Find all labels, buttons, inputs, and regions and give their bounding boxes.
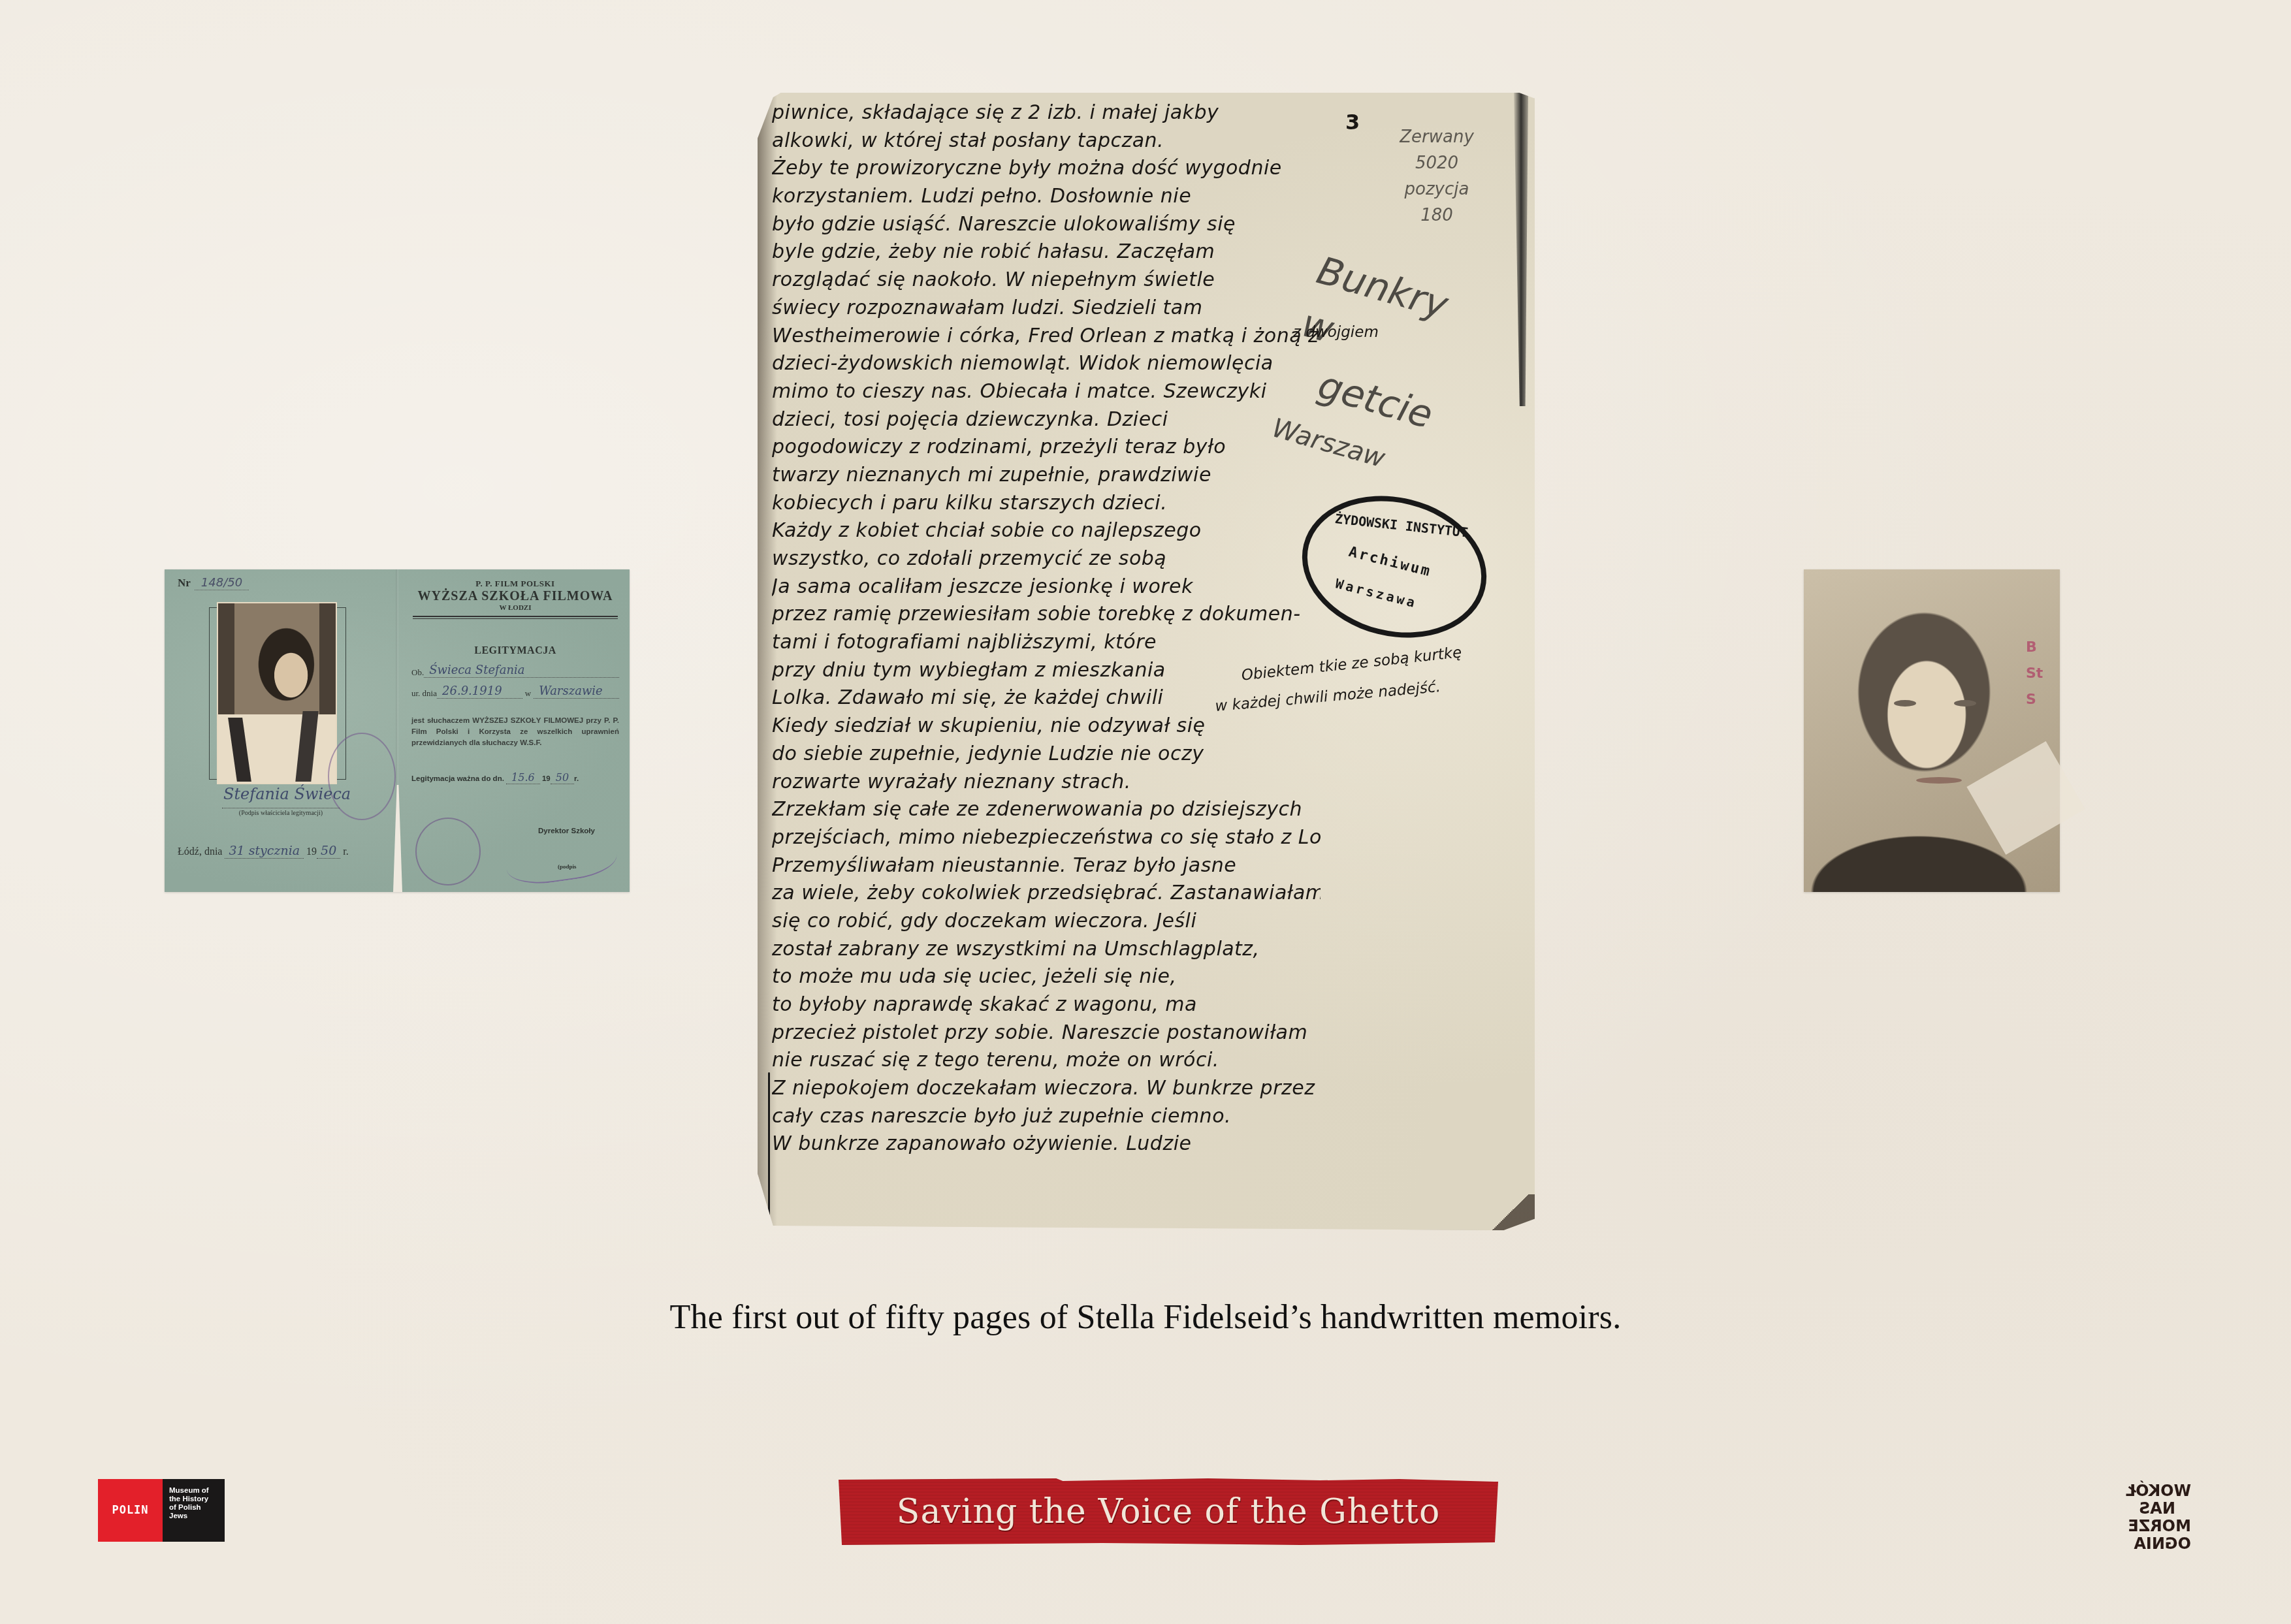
portrait-eye bbox=[1954, 700, 1976, 707]
validity-label: Legitymacja ważna do dn. bbox=[411, 775, 504, 783]
handwritten-text: piwnice, składające się z 2 izb. i małej… bbox=[772, 99, 1321, 1158]
issue-date-value: 31 stycznia bbox=[225, 844, 304, 859]
stamp-line: Archiwum bbox=[1347, 544, 1433, 581]
validity: Legitymacja ważna do dn. 15.6 1950r. bbox=[411, 771, 619, 784]
director-signature bbox=[503, 827, 619, 889]
polin-logo-subtitle: Museum of the History of Polish Jews bbox=[163, 1479, 225, 1542]
card-tear bbox=[393, 785, 402, 892]
manuscript-line: Każdy z kobiet chciał sobie co najlepsze… bbox=[772, 517, 1321, 545]
manuscript-line: został zabrany ze wszystkimi na Umschlag… bbox=[772, 936, 1321, 964]
portrait-photo: BStS bbox=[1804, 569, 2060, 892]
manuscript-line: piwnice, składające się z 2 izb. i małej… bbox=[772, 99, 1321, 127]
manuscript-line: cały czas nareszcie było już zupełnie ci… bbox=[772, 1103, 1321, 1131]
issue-year-prefix: 19 bbox=[306, 846, 317, 857]
stamp-line: Warszawa bbox=[1334, 575, 1418, 611]
manuscript-line: alkowki, w której stał posłany tapczan. bbox=[772, 127, 1321, 155]
manuscript-line: korzystaniem. Ludzi pełno. Dosłownie nie bbox=[772, 183, 1321, 211]
divider bbox=[413, 616, 618, 619]
student-id-card-image: Nr148/50 Stefania Świeca (Podpis właścic… bbox=[165, 569, 630, 892]
org-line-3: W ŁODZI bbox=[408, 604, 623, 612]
manuscript-line: było gdzie usiąść. Nareszcie ulokowaliśm… bbox=[772, 211, 1321, 239]
field-name-value: Świeca Stefania bbox=[424, 663, 619, 678]
manuscript-line: dzieci, tosi pojęcia dziewczynka. Dzieci bbox=[772, 406, 1321, 434]
wokol-logo-line: MORZE bbox=[2139, 1518, 2191, 1535]
pencil-note-line: pozycja bbox=[1385, 176, 1489, 202]
suspender-left bbox=[228, 718, 251, 782]
issue-date: Łódź, dnia 31 stycznia 1950 r. bbox=[178, 844, 349, 858]
manuscript-line: Westheimerowie i córka, Fred Orlean z ma… bbox=[772, 323, 1321, 351]
manuscript-line: Żeby te prowizoryczne były można dość wy… bbox=[772, 155, 1321, 183]
manuscript-line: Lolka. Zdawało mi się, że każdej chwili bbox=[772, 684, 1321, 712]
card-number: Nr148/50 bbox=[178, 576, 249, 590]
manuscript-line: dzieci-żydowskich niemowląt. Widok niemo… bbox=[772, 350, 1321, 378]
wokol-nas-morze-ognia-logo: WOKÓŁ NAS MORZE OGNIA bbox=[2139, 1482, 2191, 1553]
portrait-mouth bbox=[1916, 777, 1962, 784]
campaign-banner: Saving the Voice of the Ghetto bbox=[839, 1478, 1498, 1545]
manuscript-line: wszystko, co zdołali przemycić ze sobą bbox=[772, 545, 1321, 573]
validity-suffix: r. bbox=[574, 775, 579, 783]
page-number: 3 bbox=[1345, 110, 1360, 135]
card-title: LEGITYMACJA bbox=[408, 645, 623, 657]
pencil-note-line: 180 bbox=[1385, 202, 1489, 229]
manuscript-line: Zrzekłam się całe ze zdenerwowania po dz… bbox=[772, 796, 1321, 824]
card-number-label: Nr bbox=[178, 577, 191, 589]
issue-year-suffix: r. bbox=[343, 846, 348, 857]
polin-subtitle-line: of Polish bbox=[169, 1504, 225, 1512]
manuscript-line: do siebie zupełnie, jedynie Ludzie nie o… bbox=[772, 740, 1321, 769]
card-number-value: 148/50 bbox=[195, 576, 249, 590]
embossed-seal-icon bbox=[1966, 741, 2085, 855]
manuscript-line: przy dniu tym wybiegłam z mieszkania bbox=[772, 657, 1321, 685]
manuscript-line: nie ruszać się z tego terenu, może on wr… bbox=[772, 1047, 1321, 1075]
manuscript-line: Przemyśliwałam nieustannie. Teraz było j… bbox=[772, 852, 1321, 880]
polin-subtitle-line: Museum of bbox=[169, 1487, 225, 1495]
manuscript-line: Kiedy siedział w skupieniu, nie odzywał … bbox=[772, 712, 1321, 740]
field-born: ur. dnia 26.9.1919 w Warszawie bbox=[411, 684, 619, 699]
manuscript-line: Ja sama ocaliłam jeszcze jesionkę i wore… bbox=[772, 573, 1321, 601]
id-photo-portrait bbox=[217, 602, 337, 784]
manuscript-line: się co robić, gdy doczekam wieczora. Jeś… bbox=[772, 908, 1321, 936]
manuscript-line: świecy rozpoznawałam ludzi. Siedzieli ta… bbox=[772, 295, 1321, 323]
manuscript-line: to byłoby naprawdę skakać z wagonu, ma bbox=[772, 991, 1321, 1019]
page-corner bbox=[1486, 1194, 1535, 1230]
field-name-label: Ob. bbox=[411, 667, 424, 678]
issue-place-label: Łódź, dnia bbox=[178, 846, 222, 857]
org-line-2: WYŻSZA SZKOŁA FILMOWA bbox=[408, 589, 623, 604]
school-seal-icon bbox=[415, 818, 481, 885]
wokol-logo-line: WOKÓŁ bbox=[2139, 1482, 2191, 1500]
field-name: Ob. Świeca Stefania bbox=[411, 663, 619, 678]
validity-year-prefix: 19 bbox=[542, 775, 551, 783]
manuscript-line: byle gdzie, żeby nie robić hałasu. Zaczę… bbox=[772, 238, 1321, 266]
polin-subtitle-line: Jews bbox=[169, 1512, 225, 1521]
manuscript-line: za wiele, żeby cokolwiek przedsiębrać. Z… bbox=[772, 880, 1321, 908]
manuscript-line: przejściach, mimo niebezpieczeństwa co s… bbox=[772, 824, 1321, 852]
holder-signature: Stefania Świeca bbox=[223, 785, 351, 803]
stamp-line: ŻYDOWSKI INSTYTUT bbox=[1334, 511, 1469, 540]
manuscript-line: mimo to cieszy nas. Obiecała i matce. Sz… bbox=[772, 378, 1321, 406]
manuscript-page-image: 3 Zerwany 5020 pozycja 180 Bunkry w getc… bbox=[758, 93, 1535, 1230]
manuscript-line: rozglądać się naokoło. W niepełnym świet… bbox=[772, 266, 1321, 295]
manuscript-line: Z niepokojem doczekałam wieczora. W bunk… bbox=[772, 1075, 1321, 1103]
field-born-date: 26.9.1919 bbox=[437, 684, 522, 699]
card-body-text: jest słuchaczem WYŻSZEJ SZKOŁY FILMOWEJ … bbox=[411, 716, 619, 749]
podpis-label: (podpis bbox=[558, 863, 577, 870]
suspender-right bbox=[295, 711, 318, 782]
stamp-seal-icon bbox=[328, 733, 396, 820]
manuscript-line: tami i fotografiami najbliższymi, które bbox=[772, 629, 1321, 657]
manuscript-line: przez ramię przewiesiłam sobie torebkę z… bbox=[772, 601, 1321, 629]
manuscript-line: rozwarte wyrażały nieznany strach. bbox=[772, 769, 1321, 797]
field-born-label: ur. dnia bbox=[411, 688, 437, 699]
pencil-note-line: 5020 bbox=[1385, 150, 1489, 176]
manuscript-line: twarzy nieznanych mi zupełnie, prawdziwi… bbox=[772, 462, 1321, 490]
field-born-w: w bbox=[522, 688, 534, 699]
signature-caption: (Podpis właściciela legitymacji) bbox=[222, 808, 340, 817]
red-stamp-fragment: BStS bbox=[2026, 635, 2043, 713]
page-shadow bbox=[1514, 93, 1528, 406]
manuscript-line: przecież pistolet przy sobie. Nareszcie … bbox=[772, 1019, 1321, 1047]
manuscript-line: to może mu uda się uciec, jeżeli się nie… bbox=[772, 963, 1321, 991]
polin-subtitle-line: the History bbox=[169, 1495, 225, 1504]
margin-mark bbox=[768, 1072, 770, 1222]
portrait-eye bbox=[1894, 700, 1916, 707]
field-born-place: Warszawie bbox=[534, 684, 619, 699]
banner-title: Saving the Voice of the Ghetto bbox=[897, 1492, 1440, 1531]
issue-year-value: 50 bbox=[317, 844, 340, 859]
pencil-note-line: Zerwany bbox=[1385, 124, 1489, 150]
validity-year: 50 bbox=[551, 771, 574, 784]
polin-museum-logo: POLIN Museum of the History of Polish Je… bbox=[98, 1479, 225, 1542]
org-line-1: P. P. FILM POLSKI bbox=[408, 579, 623, 589]
pencil-archive-note: Zerwany 5020 pozycja 180 bbox=[1385, 124, 1489, 229]
validity-date: 15.6 bbox=[506, 771, 540, 784]
wokol-logo-line: OGNIA bbox=[2139, 1535, 2191, 1553]
manuscript-line: W bunkrze zapanowało ożywienie. Ludzie bbox=[772, 1130, 1321, 1158]
manuscript-line: pogodowiczy z rodzinami, przeżyli teraz … bbox=[772, 434, 1321, 462]
polin-logo-mark: POLIN bbox=[98, 1479, 163, 1542]
caption: The first out of fifty pages of Stella F… bbox=[0, 1298, 2291, 1337]
card-right-panel: P. P. FILM POLSKI WYŻSZA SZKOŁA FILMOWA … bbox=[408, 569, 623, 892]
wokol-logo-line: NAS bbox=[2139, 1500, 2191, 1518]
manuscript-line: kobiecych i paru kilku starszych dzieci. bbox=[772, 490, 1321, 518]
